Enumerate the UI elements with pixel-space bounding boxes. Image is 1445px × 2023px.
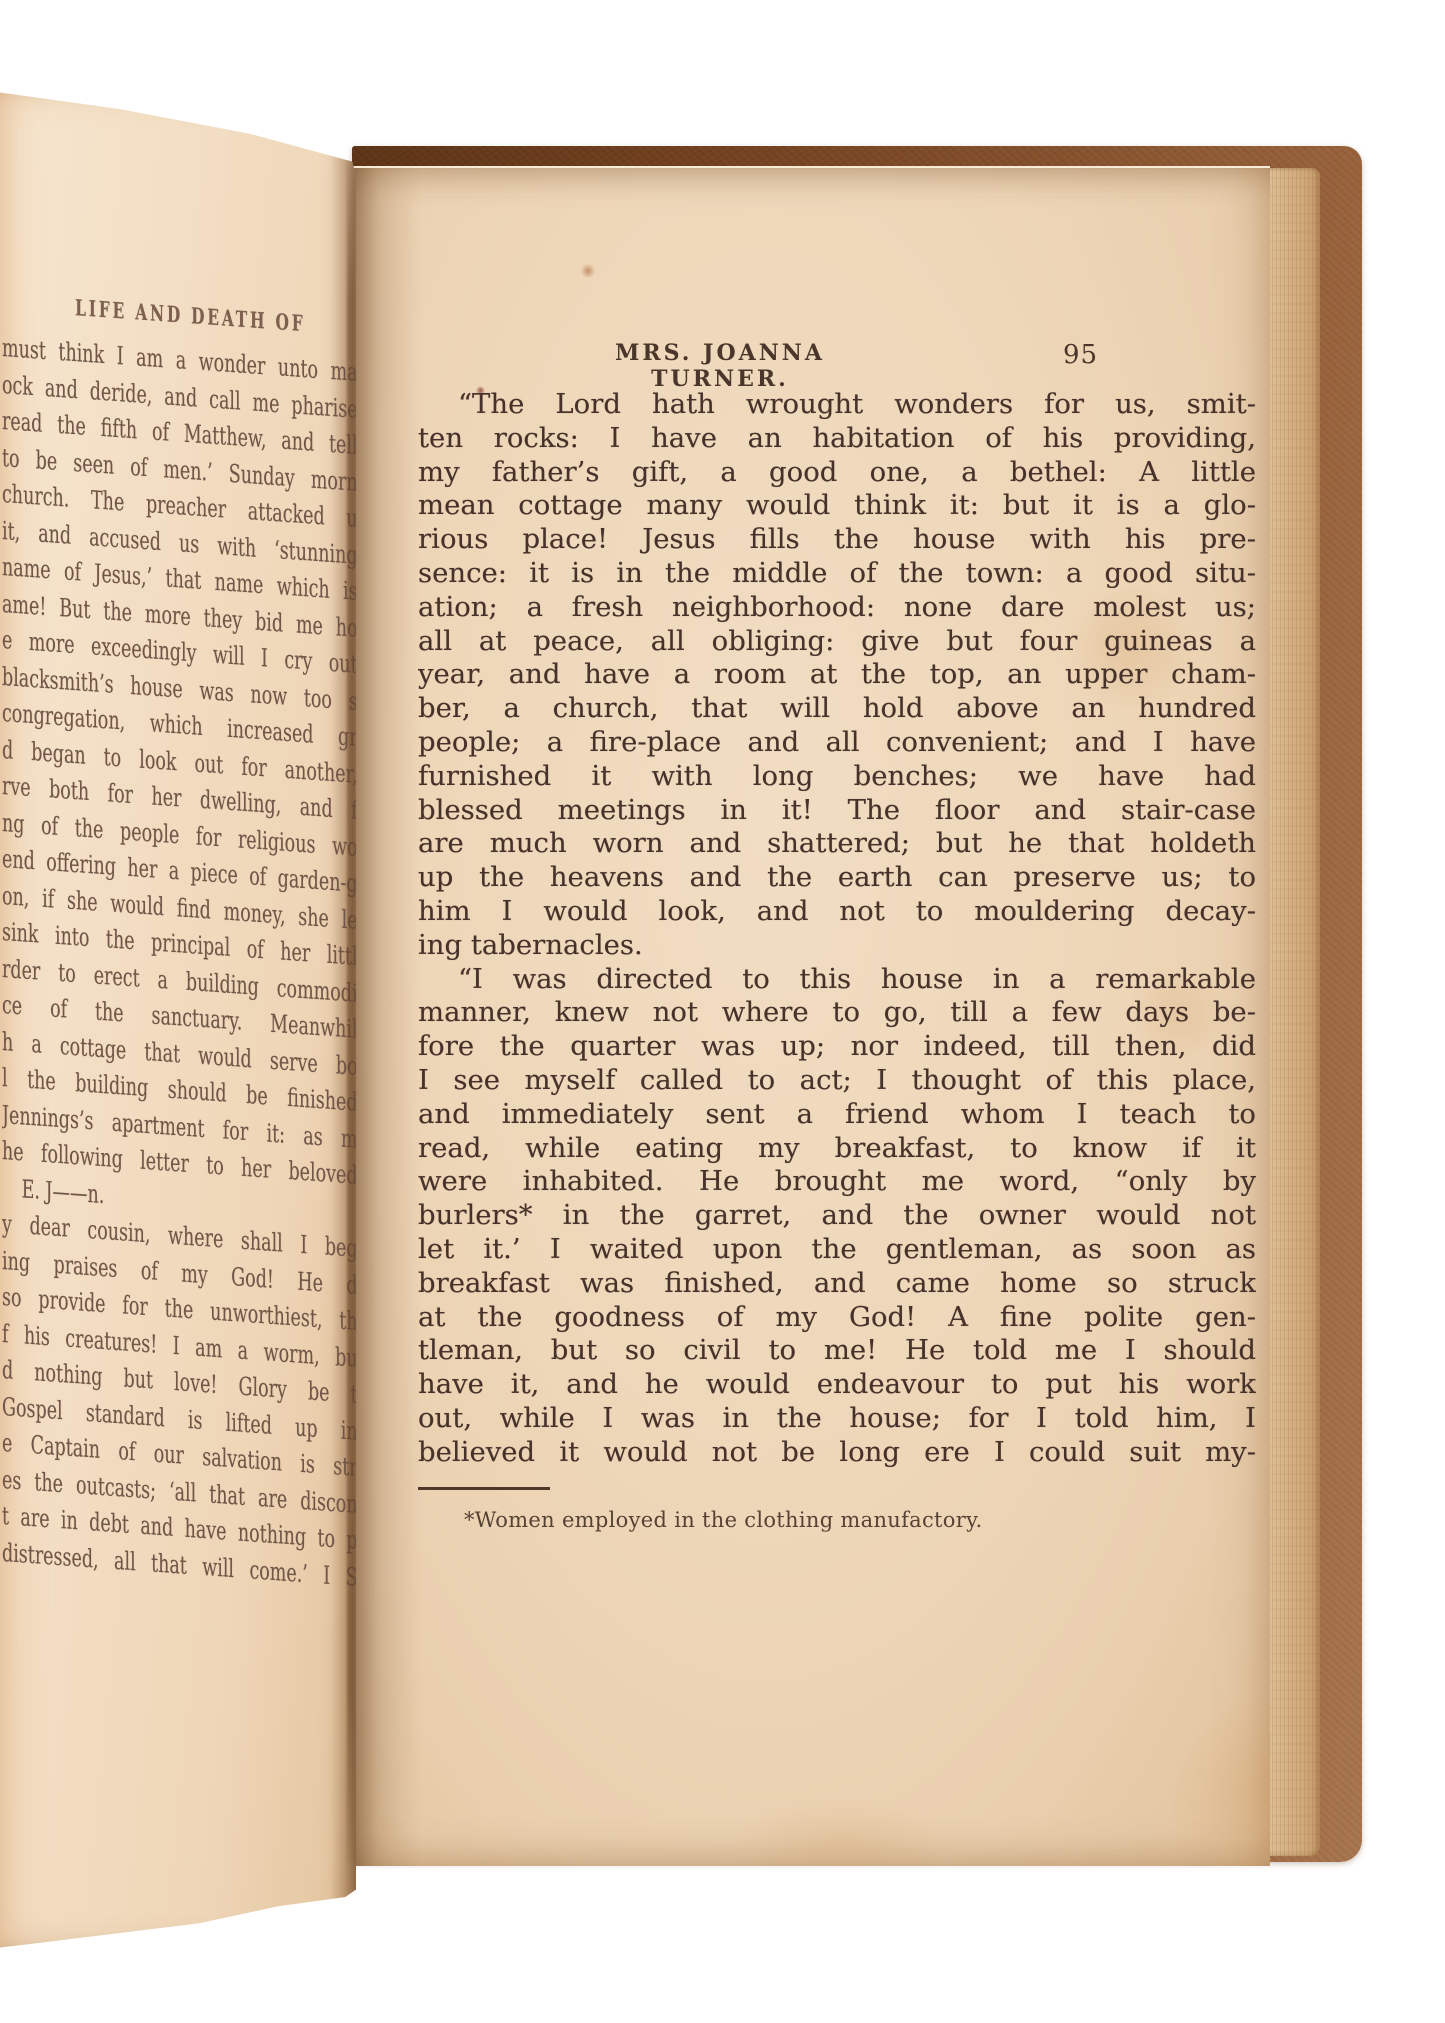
right-page: MRS. JOANNA TURNER. 95 “The Lord hath wr… — [352, 166, 1270, 1866]
gutter-crease — [347, 162, 355, 1862]
text-line: manner, knew not where to go, till a few… — [418, 996, 1256, 1030]
stain — [1172, 1688, 1270, 1866]
text-line: believed it would not be long ere I coul… — [418, 1436, 1256, 1470]
text-line: I see myself called to act; I thought of… — [418, 1064, 1256, 1098]
text-line: sence: it is in the middle of the town: … — [418, 557, 1256, 591]
stain — [732, 1798, 952, 1866]
gutter-shadow — [352, 168, 422, 1866]
text-line: all at peace, all obliging: give but fou… — [418, 625, 1256, 659]
text-line: “I was directed to this house in a remar… — [418, 963, 1256, 997]
text-line: “The Lord hath wrought wonders for us, s… — [418, 388, 1256, 422]
right-page-text: “The Lord hath wrought wonders for us, s… — [418, 388, 1256, 1470]
stain — [580, 264, 596, 278]
running-head-left: LIFE AND DEATH OF — [44, 293, 337, 339]
text-line: are much worn and shattered; but he that… — [418, 827, 1256, 861]
text-line: out, while I was in the house; for I tol… — [418, 1402, 1256, 1436]
text-line: mean cottage many would think it: but it… — [418, 489, 1256, 523]
text-line: furnished it with long benches; we have … — [418, 760, 1256, 794]
text-line: year, and have a room at the top, an upp… — [418, 658, 1256, 692]
text-line: fore the quarter was up; nor indeed, til… — [418, 1030, 1256, 1064]
footnote: *Women employed in the clothing manufact… — [464, 1508, 982, 1532]
left-page: LIFE AND DEATH OF must think I am a wond… — [0, 85, 356, 1955]
text-line: and immediately sent a friend whom I tea… — [418, 1098, 1256, 1132]
running-head-right: MRS. JOANNA TURNER. — [555, 340, 885, 392]
text-line: rious place! Jesus fills the house with … — [418, 523, 1256, 557]
text-line: my father’s gift, a good one, a bethel: … — [418, 456, 1256, 490]
footnote-rule — [418, 1487, 550, 1490]
right-page-header: MRS. JOANNA TURNER. 95 — [418, 340, 1256, 374]
text-line: people; a fire-place and all convenient;… — [418, 726, 1256, 760]
page-number: 95 — [1063, 340, 1133, 370]
left-page-text: LIFE AND DEATH OF must think I am a wond… — [2, 290, 358, 1596]
text-line: ten rocks: I have an habitation of his p… — [418, 422, 1256, 456]
text-line: blessed meetings in it! The floor and st… — [418, 794, 1256, 828]
text-line: have it, and he would endeavour to put h… — [418, 1368, 1256, 1402]
text-line: burlers* in the garret, and the owner wo… — [418, 1199, 1256, 1233]
text-line: tleman, but so civil to me! He told me I… — [418, 1334, 1256, 1368]
text-line: ing tabernacles. — [418, 929, 1256, 963]
text-line: him I would look, and not to mouldering … — [418, 895, 1256, 929]
text-line: ation; a fresh neighborhood: none dare m… — [418, 591, 1256, 625]
text-line: breakfast was finished, and came home so… — [418, 1267, 1256, 1301]
text-line: were inhabited. He brought me word, “onl… — [418, 1165, 1256, 1199]
text-line: let it.’ I waited upon the gentleman, as… — [418, 1233, 1256, 1267]
text-line: read, while eating my breakfast, to know… — [418, 1132, 1256, 1166]
book-photo: MRS. JOANNA TURNER. 95 “The Lord hath wr… — [0, 0, 1445, 2023]
text-line: ber, a church, that will hold above an h… — [418, 692, 1256, 726]
text-line: at the goodness of my God! A fine polite… — [418, 1301, 1256, 1335]
text-line: up the heavens and the earth can preserv… — [418, 861, 1256, 895]
